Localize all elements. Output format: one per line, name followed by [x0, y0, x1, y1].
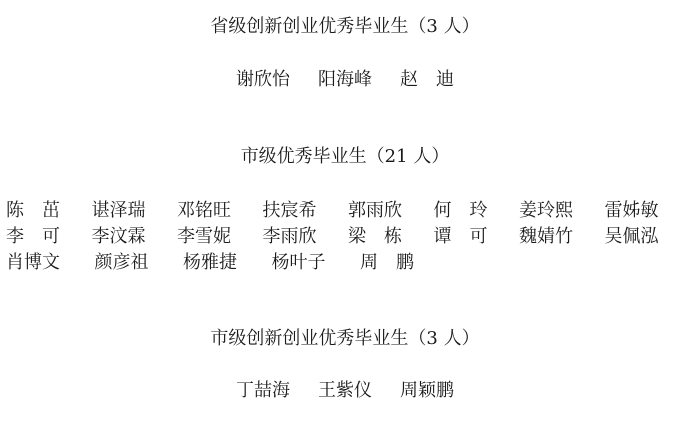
provincial-innovation-names: 谢欣怡 阳海峰 赵 迪 — [0, 68, 690, 92]
name: 何 玲 — [434, 198, 520, 224]
name: 陈 茁 — [6, 198, 92, 224]
name: 郭雨欣 — [348, 198, 434, 224]
name-row: 陈 茁 谌泽瑞 邓铭旺 扶宸希 郭雨欣 何 玲 姜玲熙 雷姊敏 — [6, 198, 690, 224]
name: 王紫仪 — [318, 379, 372, 403]
name: 丁喆海 — [236, 379, 290, 403]
name: 杨雅捷 — [183, 250, 272, 276]
name: 雷姊敏 — [605, 198, 690, 224]
name: 颜彦祖 — [95, 250, 184, 276]
name: 扶宸希 — [263, 198, 349, 224]
name: 谢欣怡 — [236, 68, 290, 92]
name: 李雨欣 — [263, 224, 349, 250]
name: 吴佩泓 — [605, 224, 690, 250]
name: 姜玲熙 — [519, 198, 605, 224]
name: 赵 迪 — [400, 68, 454, 92]
name: 魏婧竹 — [519, 224, 605, 250]
name: 杨叶子 — [272, 250, 361, 276]
name: 李雪妮 — [177, 224, 263, 250]
name: 邓铭旺 — [177, 198, 263, 224]
name: 李 可 — [6, 224, 92, 250]
municipal-excellent-names: 陈 茁 谌泽瑞 邓铭旺 扶宸希 郭雨欣 何 玲 姜玲熙 雷姊敏 李 可 李汶霖 … — [6, 198, 690, 276]
name: 肖博文 — [6, 250, 95, 276]
name: 梁 栋 — [348, 224, 434, 250]
section-title-municipal-excellent: 市级优秀毕业生（21 人） — [0, 145, 690, 169]
name: 李汶霖 — [92, 224, 178, 250]
name: 阳海峰 — [318, 68, 372, 92]
name: 谭 可 — [434, 224, 520, 250]
name-row: 李 可 李汶霖 李雪妮 李雨欣 梁 栋 谭 可 魏婧竹 吴佩泓 — [6, 224, 690, 250]
name: 周颖鹏 — [400, 379, 454, 403]
name-row: 肖博文 颜彦祖 杨雅捷 杨叶子 周 鹏 — [6, 250, 690, 276]
name: 周 鹏 — [360, 250, 449, 276]
name: 谌泽瑞 — [92, 198, 178, 224]
municipal-innovation-names: 丁喆海 王紫仪 周颖鹏 — [0, 379, 690, 403]
section-title-municipal-innovation: 市级创新创业优秀毕业生（3 人） — [0, 327, 690, 351]
section-title-provincial-innovation: 省级创新创业优秀毕业生（3 人） — [0, 15, 690, 39]
